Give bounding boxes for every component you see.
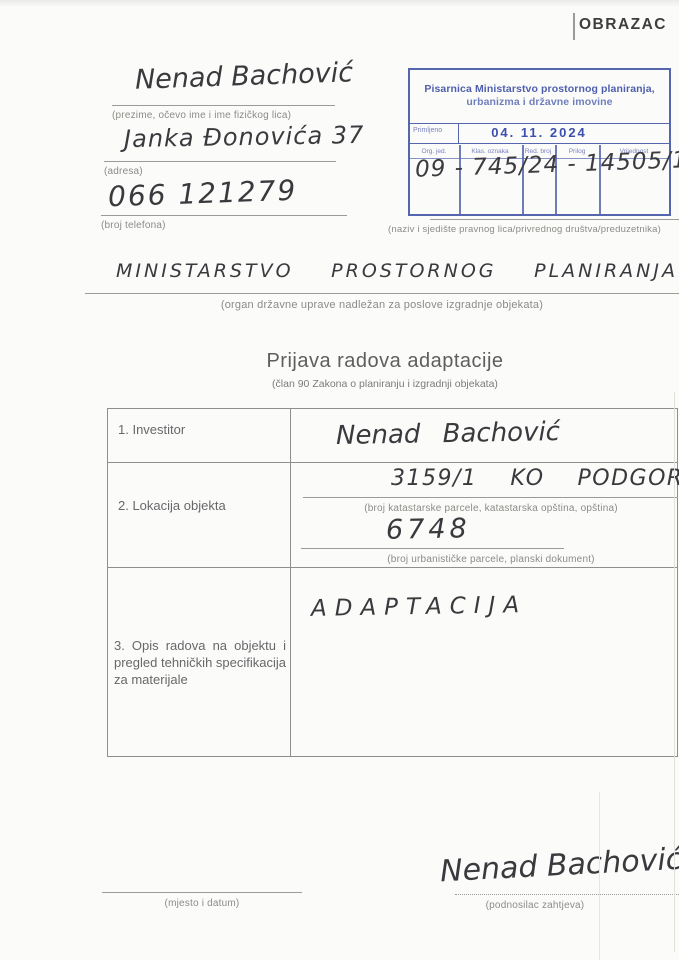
stamp-column-org-jed: Org. jed. [422, 148, 447, 155]
authority-line [85, 293, 679, 294]
authority-word-3: PLANIRANJA [534, 260, 678, 282]
authority-caption: (organ državne uprave nadležan za poslov… [85, 299, 679, 311]
stamp-title: Pisarnica Ministarstvo prostornog planir… [410, 83, 669, 109]
applicant-address-handwriting: Janka Đonovića 37 [124, 121, 365, 153]
authority-word-2: PROSTORNOG [331, 260, 496, 282]
table-row-divider [108, 567, 677, 568]
row2-urban-parcel-handwriting: 6748 [386, 513, 471, 545]
phone-field-caption: (broj telefona) [101, 220, 166, 231]
row2-field1-line [303, 497, 678, 498]
form-table: 1. Investitor Nenad Bachović 2. Lokacija… [107, 408, 678, 757]
legal-entity-line [430, 219, 679, 220]
document-subtitle: (član 90 Zakona o planiranju i izgradnji… [60, 378, 679, 390]
row2-field2-line [301, 548, 564, 549]
page-edge-line [674, 392, 675, 952]
applicant-signature-handwriting: Nenad Bachović [439, 842, 679, 890]
scanned-form-page: OBRAZAC Nenad Bachović (prezime, očevo i… [0, 0, 679, 960]
stamp-title-line1: Pisarnica Ministarstvo prostornog planir… [410, 83, 669, 96]
applicant-name-handwriting: Nenad Bachović [135, 57, 354, 96]
stamp-title-line2: urbanizma i državne imovine [410, 96, 669, 109]
stamp-received-date: 04. 11. 2024 [459, 125, 619, 140]
row2-parcel-handwriting: 3159/1 KO PODGORICA [391, 466, 679, 491]
form-tag-divider [573, 13, 575, 40]
authority-handwriting: MINISTARSTVO PROSTORNOG PLANIRANJA [116, 260, 678, 282]
row1-label: 1. Investitor [118, 421, 185, 438]
scan-fold-line [599, 792, 600, 960]
place-date-line [102, 892, 302, 893]
row1-investor-handwriting: Nenad Bachović [336, 417, 560, 451]
document-title: Prijava radova adaptacije [60, 350, 679, 373]
address-field-line [104, 161, 336, 162]
name-field-line [112, 105, 335, 106]
row3-works-handwriting: ADAPTACIJA [311, 592, 528, 622]
receipt-stamp: Pisarnica Ministarstvo prostornog planir… [408, 68, 671, 216]
row2-field1-caption: (broj katastarske parcele, katastarska o… [311, 503, 671, 514]
authority-word-1: MINISTARSTVO [116, 260, 294, 282]
stamp-received-row: Primljeno 04. 11. 2024 [410, 123, 669, 144]
row3-label: 3. Opis radova na objektu i pregled tehn… [114, 637, 286, 688]
form-tag-label: OBRAZAC [579, 16, 667, 34]
table-column-divider [290, 409, 291, 756]
table-row-divider [108, 462, 677, 463]
row2-label: 2. Lokacija objekta [118, 497, 226, 514]
signature-line [455, 894, 679, 895]
phone-field-line [101, 215, 347, 216]
name-field-caption: (prezime, očevo ime i ime fizičkog lica) [112, 110, 291, 121]
row2-field2-caption: (broj urbanističke parcele, planski doku… [331, 554, 651, 565]
legal-entity-caption: (naziv i sjedište pravnog lica/privredno… [388, 224, 661, 235]
signature-caption: (podnosilac zahtjeva) [455, 900, 615, 911]
stamp-received-label: Primljeno [410, 124, 459, 143]
place-date-caption: (mjesto i datum) [102, 898, 302, 909]
address-field-caption: (adresa) [104, 166, 143, 177]
applicant-phone-handwriting: 066 121279 [107, 174, 297, 214]
